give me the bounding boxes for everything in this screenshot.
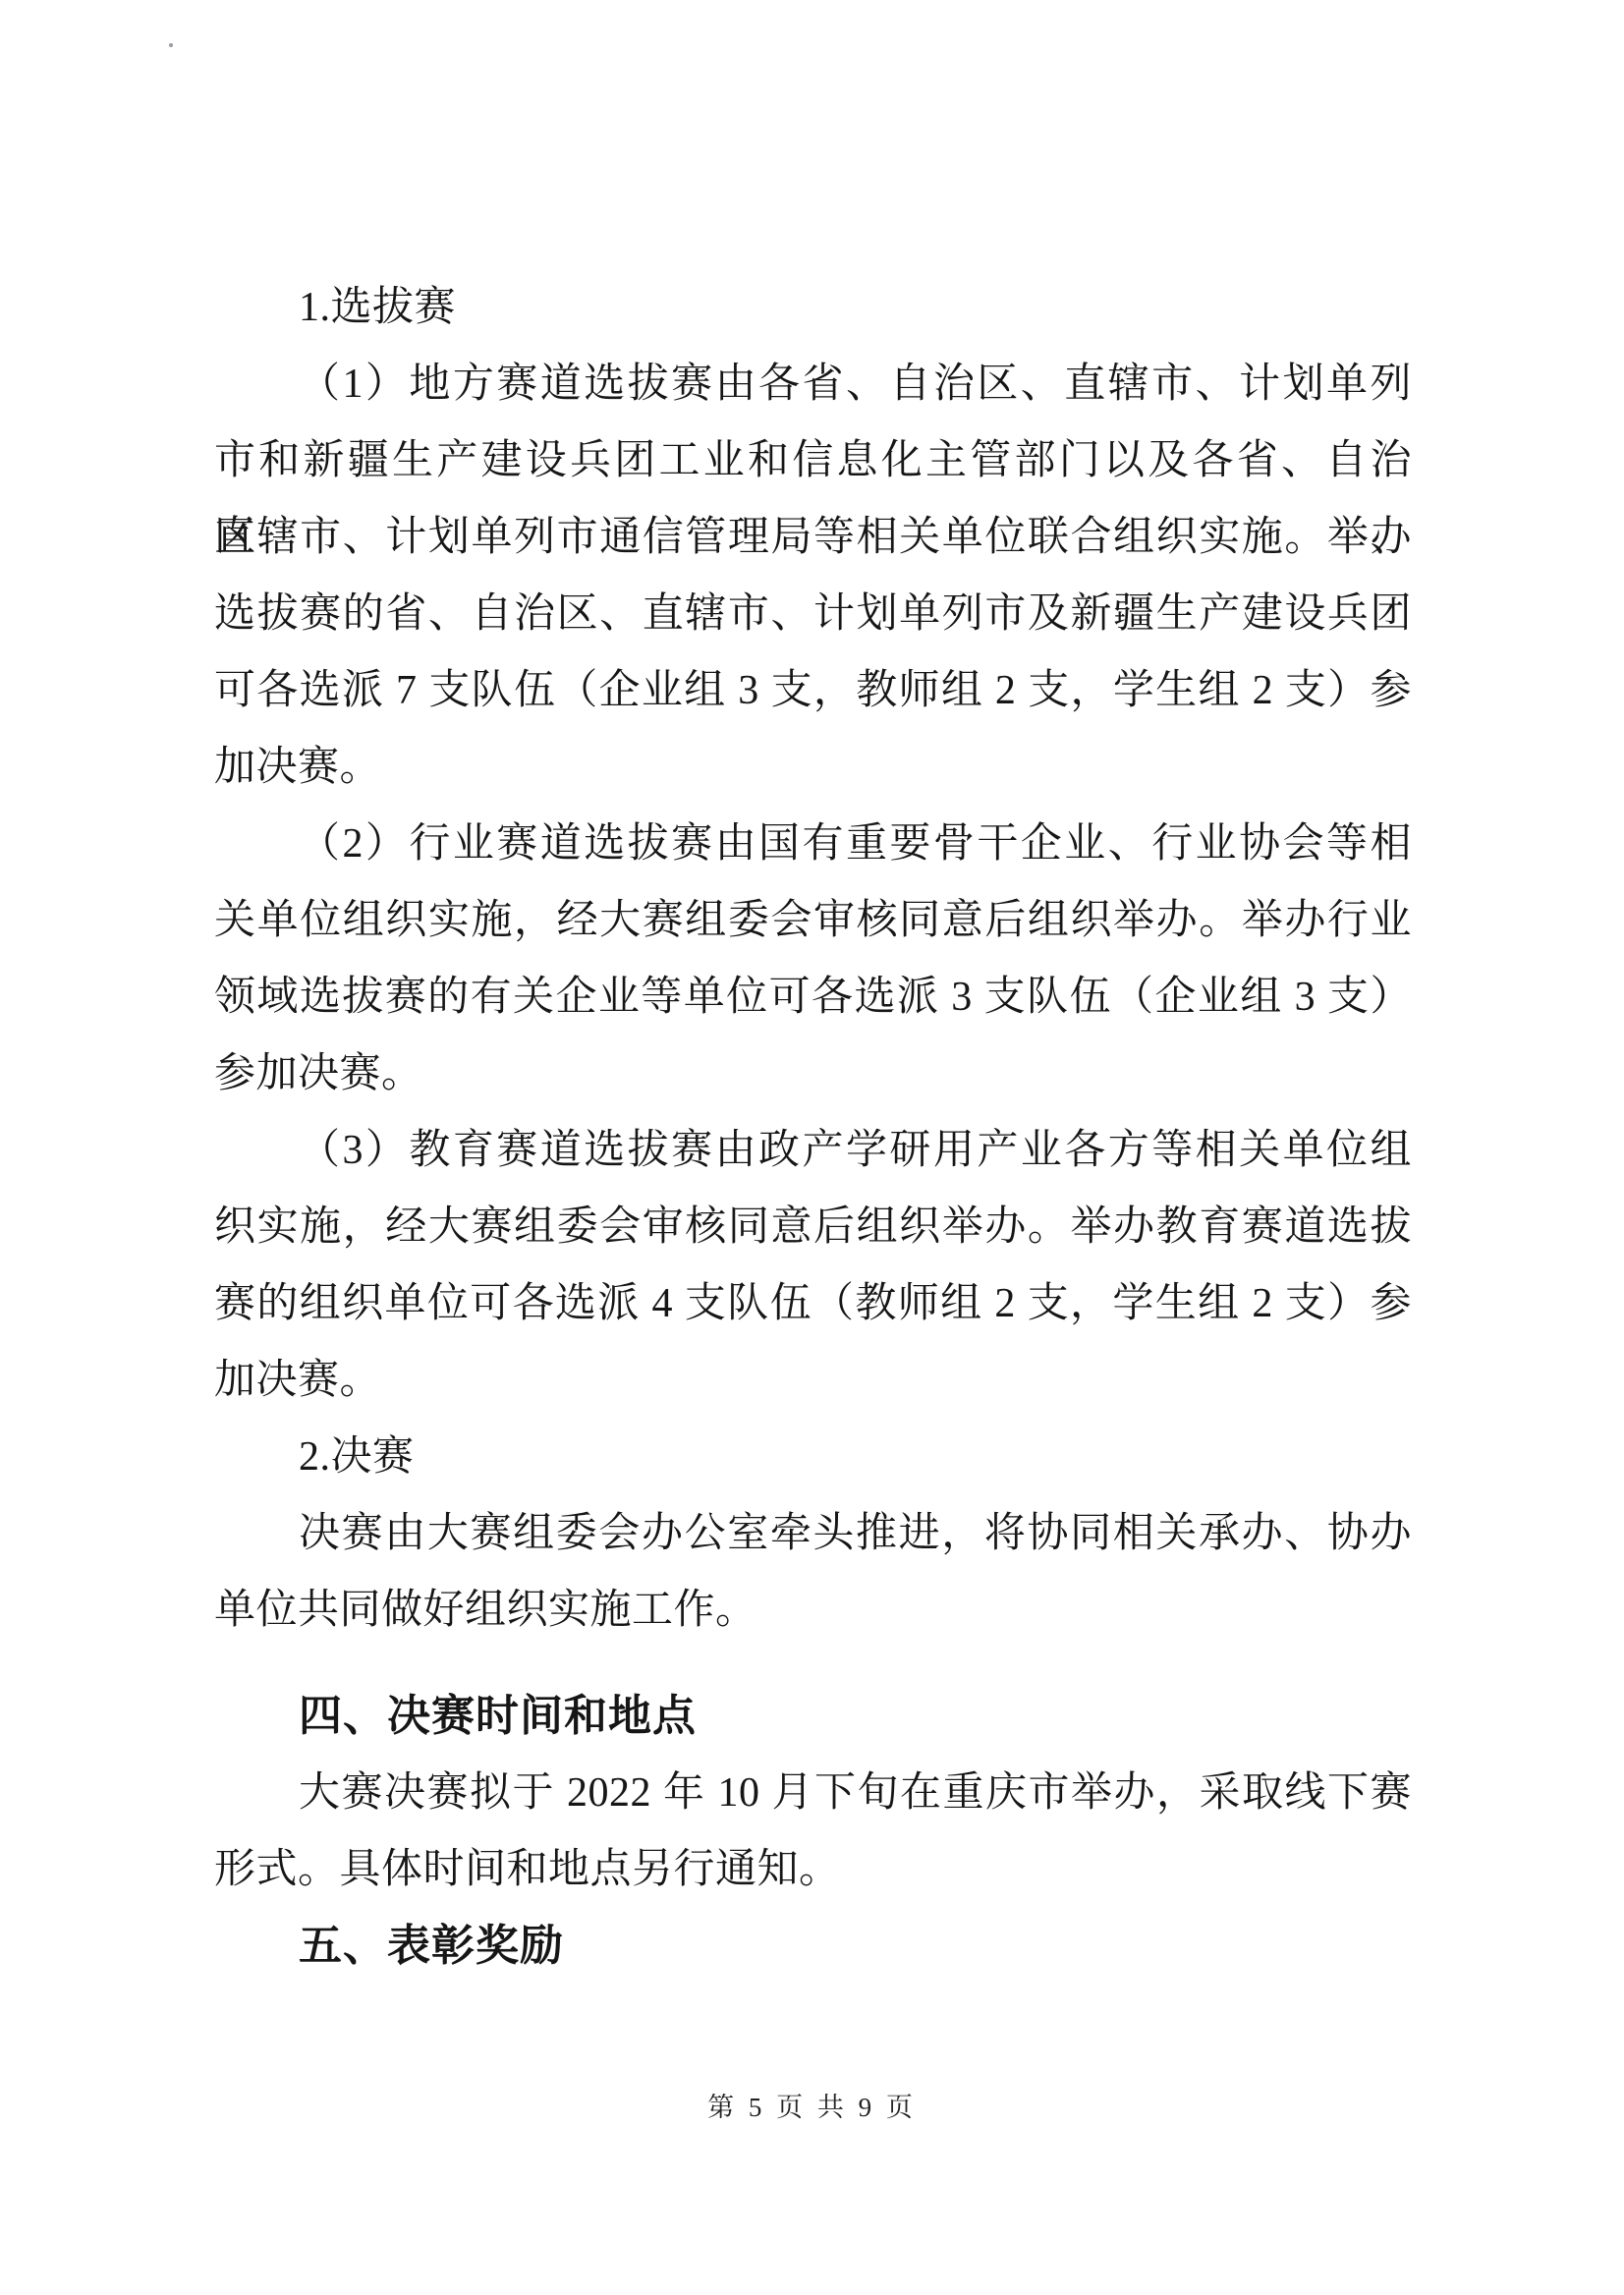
text-line: 可各选派 7 支队伍（企业组 3 支，教师组 2 支，学生组 2 支）参 (214, 652, 1412, 729)
text-line: 领域选拔赛的有关企业等单位可各选派 3 支队伍（企业组 3 支） (214, 959, 1412, 1036)
page-footer: 第 5 页 共 9 页 (0, 2091, 1624, 2124)
text-line: （2）行业赛道选拔赛由国有重要骨干企业、行业协会等相 (214, 806, 1412, 882)
text-line: 赛的组织单位可各选派 4 支队伍（教师组 2 支，学生组 2 支）参 (214, 1265, 1412, 1342)
section-heading: 五、表彰奖励 (214, 1908, 1412, 1985)
text-line: 决赛由大赛组委会办公室牵头推进，将协同相关承办、协办 (214, 1495, 1412, 1572)
text-line: 织实施，经大赛组委会审核同意后组织举办。举办教育赛道选拔 (214, 1189, 1412, 1265)
page-number: 第 5 页 共 9 页 (707, 2093, 917, 2122)
text-line: （3）教育赛道选拔赛由政产学研用产业各方等相关单位组 (214, 1112, 1412, 1189)
text-line: 选拔赛的省、自治区、直辖市、计划单列市及新疆生产建设兵团 (214, 576, 1412, 652)
text-line: 参加决赛。 (214, 1036, 1412, 1112)
text-line: 加决赛。 (214, 1342, 1412, 1419)
text-line: 加决赛。 (214, 729, 1412, 806)
text-line: 1.选拔赛 (214, 269, 1412, 346)
text-line: 市和新疆生产建设兵团工业和信息化主管部门以及各省、自治区、 (214, 422, 1412, 499)
text-line: 大赛决赛拟于 2022 年 10 月下旬在重庆市举办，采取线下赛 (214, 1755, 1412, 1831)
text-line: 2.决赛 (214, 1419, 1412, 1495)
text-line: 单位共同做好组织实施工作。 (214, 1572, 1412, 1649)
text-line: （1）地方赛道选拔赛由各省、自治区、直辖市、计划单列 (214, 346, 1412, 422)
document-body: 1.选拔赛（1）地方赛道选拔赛由各省、自治区、直辖市、计划单列市和新疆生产建设兵… (214, 269, 1412, 1985)
document-page: 1.选拔赛（1）地方赛道选拔赛由各省、自治区、直辖市、计划单列市和新疆生产建设兵… (0, 0, 1624, 2295)
text-line: 直辖市、计划单列市通信管理局等相关单位联合组织实施。举办 (214, 499, 1412, 576)
scan-speck (169, 43, 173, 47)
section-heading: 四、决赛时间和地点 (214, 1678, 1412, 1755)
text-line: 关单位组织实施，经大赛组委会审核同意后组织举办。举办行业 (214, 882, 1412, 959)
text-line: 形式。具体时间和地点另行通知。 (214, 1831, 1412, 1908)
